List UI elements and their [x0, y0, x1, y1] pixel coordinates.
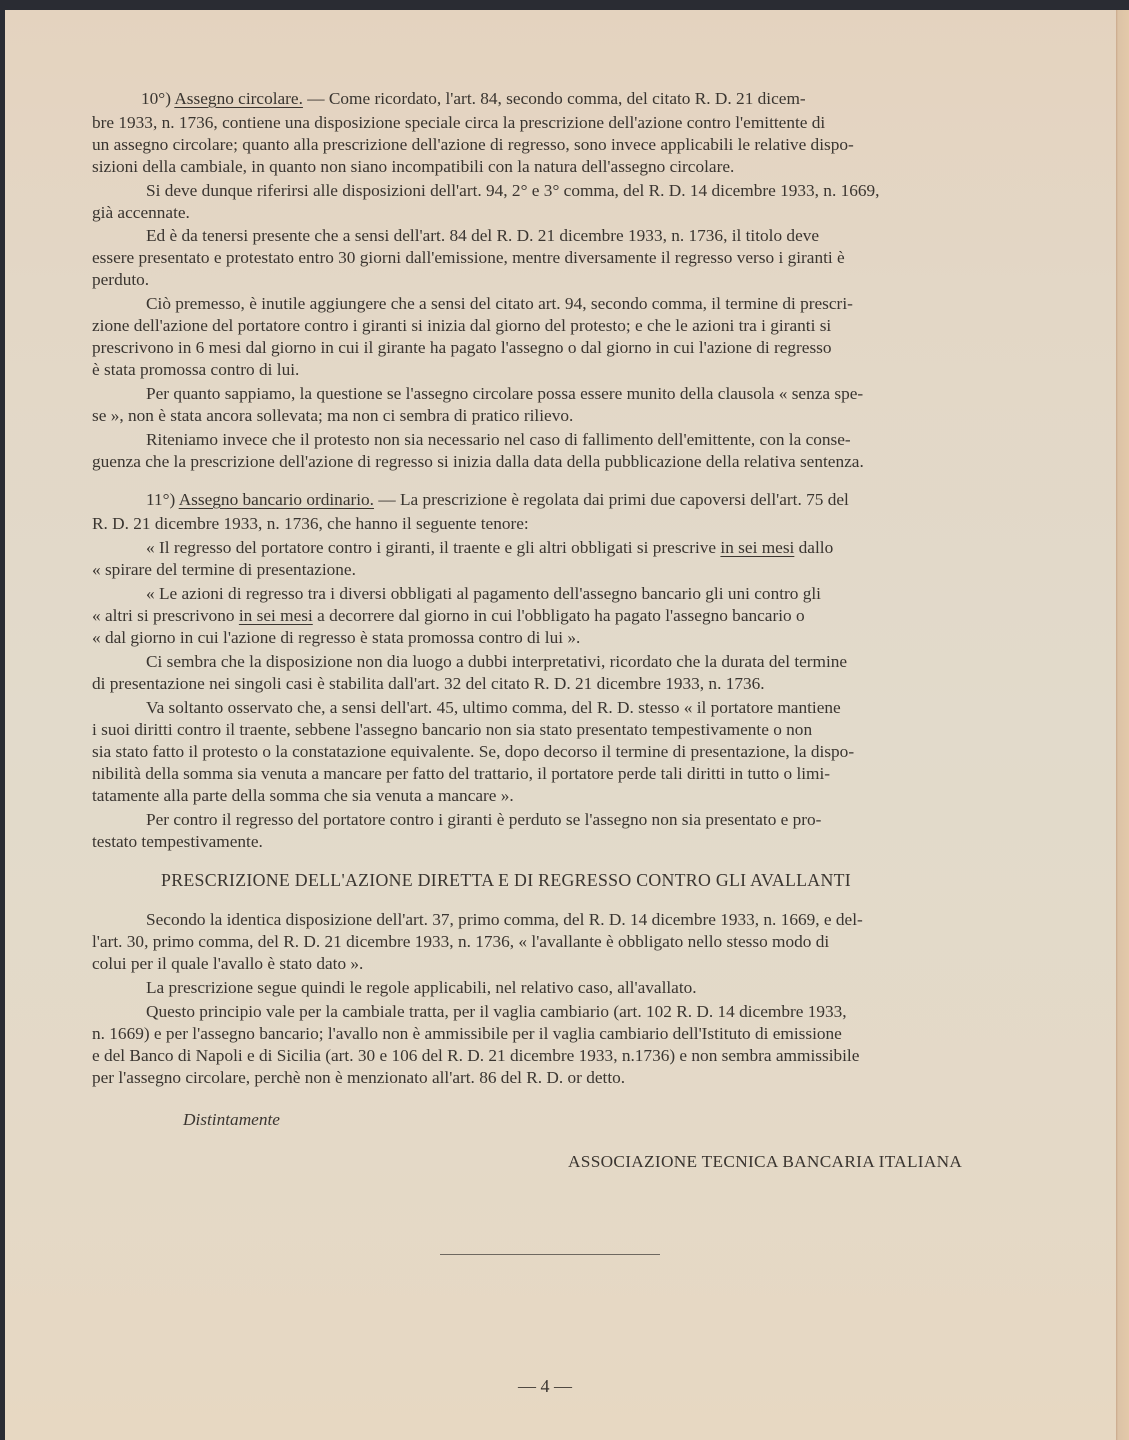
section11-line: Per contro il regresso del portatore con…: [146, 810, 821, 830]
quote-line: « altri si prescrivono in sei mesi a dec…: [92, 606, 805, 626]
quote-line: « Le azioni di regresso tra i diversi ob…: [146, 584, 821, 604]
section10-line: già accennate.: [92, 203, 190, 223]
section10-line: Per quanto sappiamo, la questione se l'a…: [146, 384, 863, 404]
footer-rule: [440, 1254, 660, 1255]
section10-line: Si deve dunque riferirsi alle disposizio…: [146, 181, 879, 201]
avallanti-line: e del Banco di Napoli e di Sicilia (art.…: [92, 1046, 859, 1066]
section10-line: Ed è da tenersi presente che a sensi del…: [146, 226, 819, 246]
section10-line: essere presentato e protestato entro 30 …: [92, 248, 845, 268]
section11-number: 11°): [146, 490, 175, 509]
section11-line: Va soltanto osservato che, a sensi dell'…: [146, 698, 841, 718]
avallanti-line: per l'assegno circolare, perchè non è me…: [92, 1068, 625, 1088]
page-fold: [1116, 10, 1129, 1440]
section10-line: Ciò premesso, è inutile aggiungere che a…: [146, 294, 853, 314]
section11-first-line: 11°) Assegno bancario ordinario. — La pr…: [146, 490, 849, 510]
section11-line: — La prescrizione è regolata dai primi d…: [374, 490, 849, 509]
section10-line: sizioni della cambiale, in quanto non si…: [92, 157, 734, 177]
emphasis-in-sei-mesi: in sei mesi: [239, 606, 313, 625]
section11-line: i suoi diritti contro il traente, sebben…: [92, 720, 812, 740]
section10-line: se », non è stata ancora sollevata; ma n…: [92, 406, 573, 426]
avallanti-line: n. 1669) e per l'assegno bancario; l'ava…: [92, 1024, 842, 1044]
quote-line: « Il regresso del portatore contro i gir…: [146, 538, 833, 558]
avallanti-line: Questo principio vale per la cambiale tr…: [146, 1002, 847, 1022]
section10-line: guenza che la prescrizione dell'azione d…: [92, 452, 864, 472]
section10-line: — Come ricordato, l'art. 84, secondo com…: [303, 89, 806, 108]
section-heading: PRESCRIZIONE DELL'AZIONE DIRETTA E DI RE…: [161, 870, 851, 891]
avallanti-line: La prescrizione segue quindi le regole a…: [146, 978, 697, 998]
avallanti-line: Secondo la identica disposizione dell'ar…: [146, 910, 863, 930]
section11-title: Assegno bancario ordinario.: [179, 490, 374, 509]
quote-line: « dal giorno in cui l'azione di regresso…: [92, 628, 580, 648]
section10-line: prescrivono in 6 mesi dal giorno in cui …: [92, 338, 832, 358]
section10-line: Riteniamo invece che il protesto non sia…: [146, 430, 851, 450]
section10-line: bre 1933, n. 1736, contiene una disposiz…: [92, 113, 825, 133]
closing-text: Distintamente: [183, 1110, 280, 1130]
section11-line: tatamente alla parte della somma che sia…: [92, 786, 514, 806]
section10-line: perduto.: [92, 270, 149, 290]
section10-line: è stata promossa contro di lui.: [92, 360, 299, 380]
section10-line: zione dell'azione del portatore contro i…: [92, 316, 831, 336]
emphasis-in-sei-mesi: in sei mesi: [720, 538, 794, 557]
section11-line: testato tempestivamente.: [92, 832, 263, 852]
signature: ASSOCIAZIONE TECNICA BANCARIA ITALIANA: [568, 1152, 962, 1172]
avallanti-line: l'art. 30, primo comma, del R. D. 21 dic…: [92, 932, 829, 952]
section11-line: sia stato fatto il protesto o la constat…: [92, 742, 854, 762]
quote-line: « spirare del termine di presentazione.: [92, 560, 356, 580]
section11-line: Ci sembra che la disposizione non dia lu…: [146, 652, 847, 672]
section11-line: R. D. 21 dicembre 1933, n. 1736, che han…: [92, 514, 529, 534]
section11-line: nibilità della somma sia venuta a mancar…: [92, 764, 830, 784]
avallanti-line: colui per il quale l'avallo è stato dato…: [92, 954, 363, 974]
section10-line: un assegno circolare; quanto alla prescr…: [92, 135, 854, 155]
page-number: — 4 —: [518, 1376, 572, 1397]
section10-number: 10°): [141, 89, 171, 108]
section10-title: Assegno circolare.: [174, 89, 303, 108]
section11-line: di presentazione nei singoli casi è stab…: [92, 674, 765, 694]
section10-first-line: 10°) Assegno circolare. — Come ricordato…: [141, 89, 806, 109]
